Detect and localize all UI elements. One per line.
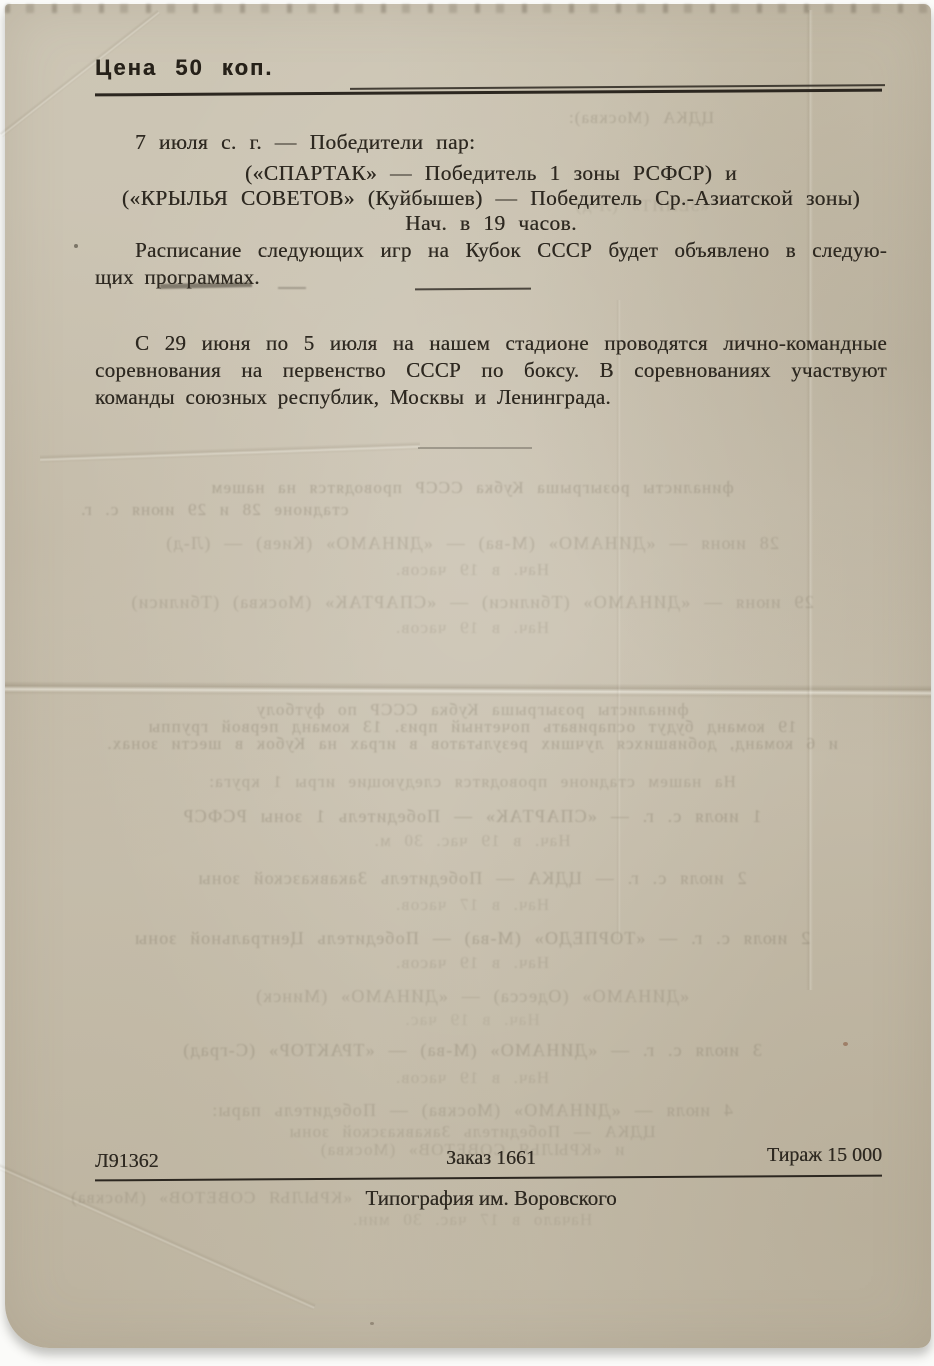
scanned-programme-back-page: ЦДКА (Москва):«ЗЕНИТ» (Л-д)финалисты роз…	[0, 0, 934, 1366]
boxing-note-paragraph: С 29 июня по 5 июля на нашем стадионе пр…	[95, 330, 887, 411]
header-rule-thick	[95, 89, 882, 97]
paragraph-line: С 29 июня по 5 июля на нашем стадионе пр…	[95, 330, 887, 357]
price-label: Цена 50 коп.	[95, 55, 273, 81]
announcement-date-line: 7 июля с. г. — Победители пар:	[95, 130, 887, 155]
paragraph-line: соревнования на первенство СССР по боксу…	[95, 357, 887, 384]
match-announcement: 7 июля с. г. — Победители пар: («СПАРТАК…	[95, 130, 887, 236]
paragraph-line: команды союзных республик, Москвы и Лени…	[95, 384, 887, 411]
faint-divider	[418, 447, 532, 449]
printed-content: Цена 50 коп. 7 июля с. г. — Победители п…	[0, 0, 934, 1366]
imprint-printer: Типография им. Воровского	[95, 1186, 887, 1211]
imprint-rule	[95, 1175, 882, 1182]
announcement-start-time: Нач. в 19 часов.	[95, 211, 887, 236]
imprint-print-run: Тираж 15 000	[95, 1144, 882, 1167]
paragraph-line: Расписание следующих игр на Кубок СССР б…	[95, 237, 887, 264]
ink-smudge-small	[278, 287, 306, 289]
announcement-pair-1: («СПАРТАК» — Победитель 1 зоны РСФСР) и	[95, 161, 887, 186]
announcement-pair-2: («КРЫЛЬЯ СОВЕТОВ» (Куйбышев) — Победител…	[95, 186, 887, 211]
